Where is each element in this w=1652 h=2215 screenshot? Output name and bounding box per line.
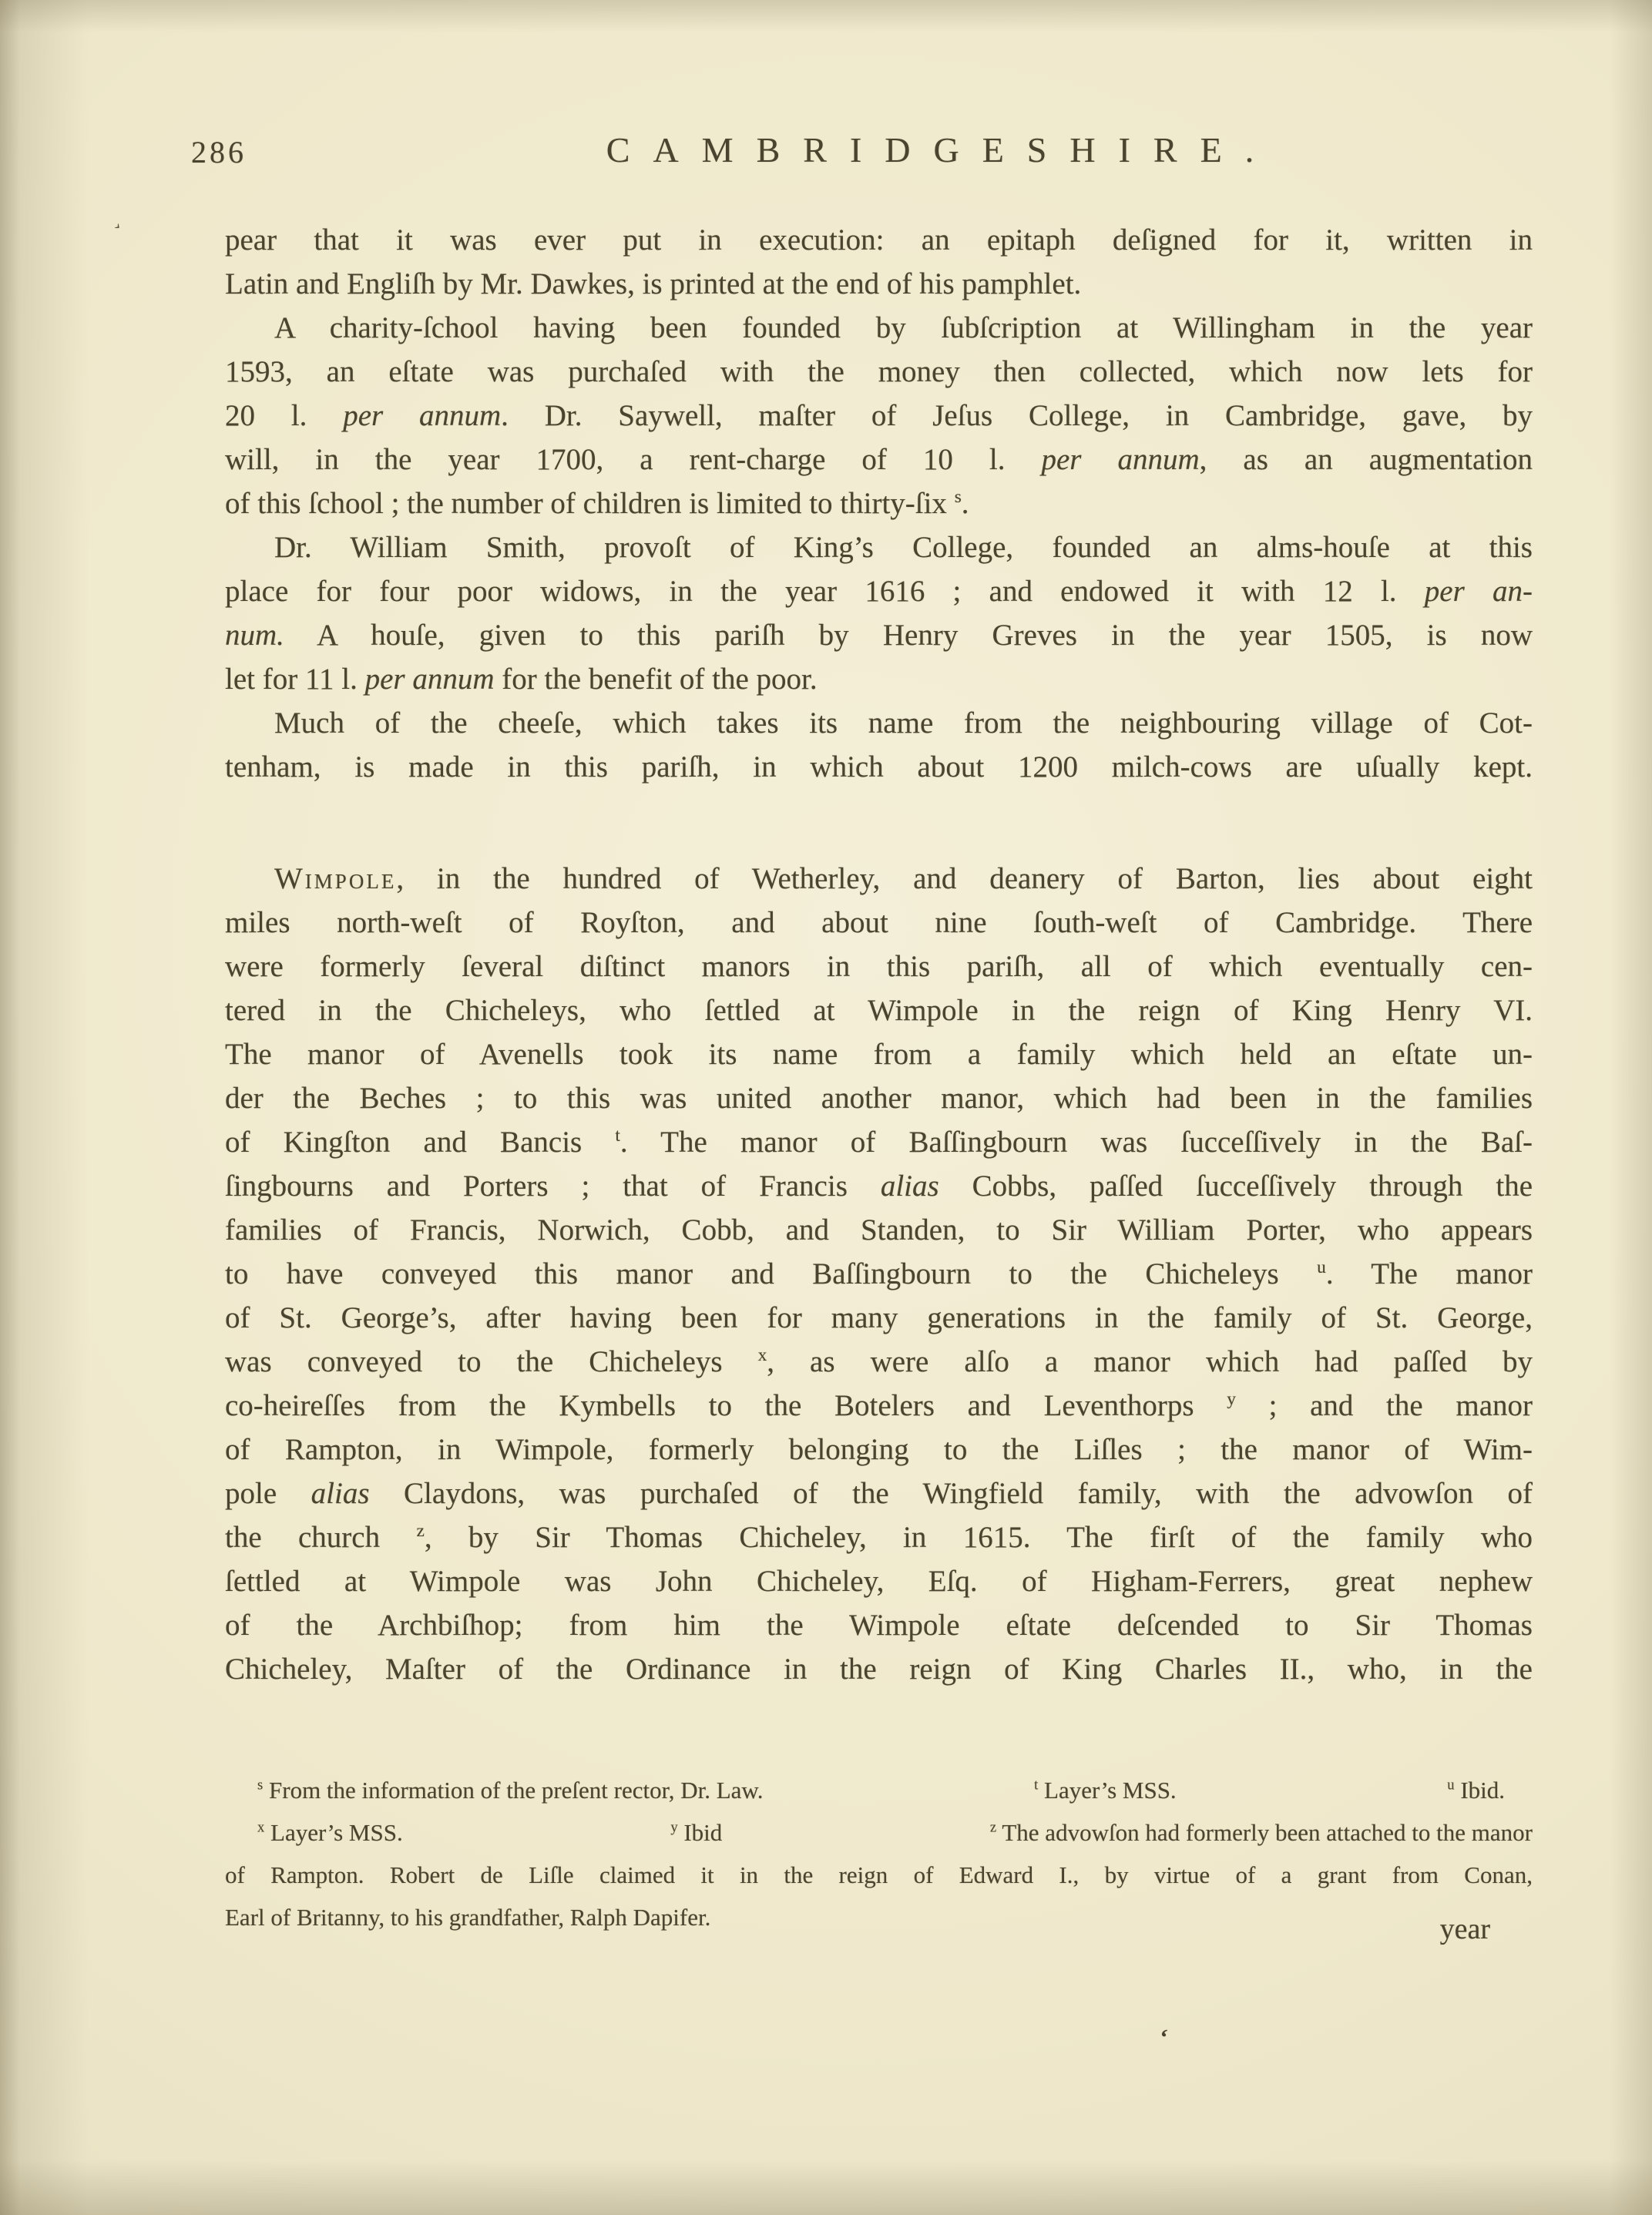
- text-line: families of Francis, Norwich, Cobb, and …: [225, 1208, 1533, 1252]
- text-line: A charity-ſchool having been founded by …: [225, 306, 1533, 350]
- footnote-entry: u Ibid.: [1447, 1769, 1505, 1811]
- text-line: let for 11 l. per annum for the benefit …: [225, 657, 1533, 701]
- text-segment: per an-: [1425, 575, 1533, 608]
- text-segment: of this ſchool ; the number of children …: [225, 487, 955, 520]
- text-segment: 1593, an eſtate was purchaſed with the m…: [225, 355, 1533, 388]
- footnote-marker: u: [1447, 1777, 1454, 1794]
- text-segment: , as an augmentation: [1200, 443, 1533, 476]
- text-segment: let for 11 l.: [225, 663, 365, 696]
- text-segment: Latin and Engliſh by Mr. Dawkes, is prin…: [225, 267, 1081, 300]
- text-segment: Claydons, was purchaſed of the Wingfield…: [370, 1477, 1533, 1510]
- text-line: of Kingſton and Bancis t. The manor of B…: [225, 1120, 1533, 1164]
- text-line: tenham, is made in this pariſh, in which…: [225, 745, 1533, 789]
- text-segment: of the Archbiſhop; from him the Wimpole …: [225, 1609, 1533, 1642]
- text-segment: , by Sir Thomas Chicheley, in 1615. The …: [425, 1521, 1533, 1554]
- text-line: place for four poor widows, in the year …: [225, 569, 1533, 613]
- footnote-row: x Layer’s MSS.y Ibidz The advowſon had f…: [225, 1811, 1533, 1854]
- footnote-entry: z The advowſon had formerly been attache…: [990, 1811, 1533, 1854]
- text-segment: From the information of the preſent rect…: [263, 1777, 763, 1804]
- footnote-marker: z: [990, 1820, 996, 1836]
- footnote-marker: z: [416, 1521, 424, 1541]
- margin-tick-mark: ›: [111, 218, 126, 234]
- text-segment: of Rampton. Robert de Liſle claimed it i…: [225, 1861, 1533, 1888]
- text-segment: , in the hundred of Wetherley, and deane…: [396, 862, 1533, 895]
- footnote-row: s From the information of the preſent re…: [225, 1769, 1533, 1811]
- footnote-row: of Rampton. Robert de Liſle claimed it i…: [225, 1854, 1533, 1896]
- text-segment: to have conveyed this manor and Baſſingb…: [225, 1257, 1317, 1290]
- text-segment: Layer’s MSS.: [264, 1819, 402, 1846]
- footnote-entry: x Layer’s MSS.: [257, 1811, 403, 1854]
- text-segment: A houſe, given to this pariſh by Henry G…: [284, 619, 1533, 652]
- text-line: pear that it was ever put in execution: …: [225, 218, 1533, 262]
- body-text: pear that it was ever put in execution: …: [225, 218, 1533, 1691]
- ink-speck-mark: ʻ: [1158, 2024, 1170, 2051]
- text-line: Latin and Engliſh by Mr. Dawkes, is prin…: [225, 262, 1533, 306]
- text-segment: ſettled at Wimpole was John Chicheley, E…: [225, 1565, 1533, 1598]
- text-segment: Dr. William Smith, provoſt of King’s Col…: [274, 531, 1533, 564]
- text-segment: of Rampton, in Wimpole, formerly belongi…: [225, 1433, 1533, 1466]
- running-title: CAMBRIDGESHIRE.: [606, 129, 1277, 170]
- text-segment: A charity-ſchool having been founded by …: [274, 311, 1533, 344]
- text-line: Chicheley, Maſter of the Ordinance in th…: [225, 1647, 1533, 1691]
- text-segment: were formerly ſeveral diſtinct manors in…: [225, 950, 1533, 983]
- text-line: co-heireſſes from the Kymbells to the Bo…: [225, 1384, 1533, 1428]
- text-segment: Cobbs, paſſed ſucceſſively through the: [939, 1170, 1533, 1203]
- text-line: 1593, an eſtate was purchaſed with the m…: [225, 350, 1533, 394]
- footnote-marker: s: [955, 487, 962, 507]
- text-line: of the Archbiſhop; from him the Wimpole …: [225, 1603, 1533, 1647]
- text-line: num. A houſe, given to this pariſh by He…: [225, 613, 1533, 657]
- text-segment: Layer’s MSS.: [1038, 1777, 1176, 1804]
- text-line: were formerly ſeveral diſtinct manors in…: [225, 945, 1533, 988]
- text-segment: . The manor: [1326, 1257, 1533, 1290]
- text-line: of Rampton, in Wimpole, formerly belongi…: [225, 1428, 1533, 1472]
- text-segment: miles north-weſt of Royſton, and about n…: [225, 906, 1533, 939]
- text-segment: Much of the cheeſe, which takes its name…: [274, 706, 1533, 740]
- text-segment: Ibid.: [1455, 1777, 1505, 1804]
- footnote-marker: x: [257, 1820, 264, 1836]
- text-segment: of Kingſton and Bancis: [225, 1126, 615, 1159]
- text-line: ſettled at Wimpole was John Chicheley, E…: [225, 1559, 1533, 1603]
- page-header: 286 CAMBRIDGESHIRE.: [0, 129, 1652, 176]
- footnote-marker: u: [1317, 1257, 1326, 1277]
- text-line: pole alias Claydons, was purchaſed of th…: [225, 1472, 1533, 1515]
- text-segment: place for four poor widows, in the year …: [225, 575, 1425, 608]
- text-segment: per annum: [1042, 443, 1200, 476]
- text-segment: for the benefit of the poor.: [495, 663, 818, 696]
- text-segment: will, in the year 1700, a rent-charge of…: [225, 443, 1042, 476]
- book-page: 286 CAMBRIDGESHIRE. › pear that it was e…: [0, 0, 1652, 2215]
- text-segment: pear that it was ever put in execution: …: [225, 223, 1533, 257]
- text-segment: of St. George’s, after having been for m…: [225, 1301, 1533, 1334]
- text-line: will, in the year 1700, a rent-charge of…: [225, 438, 1533, 482]
- page-number: 286: [191, 134, 247, 170]
- text-segment: , as were alſo a manor which had paſſed …: [767, 1345, 1533, 1378]
- text-segment: 20 l.: [225, 399, 343, 432]
- text-segment: The manor of Avenells took its name from…: [225, 1038, 1533, 1071]
- text-segment: alias: [881, 1170, 939, 1203]
- text-segment: per annum: [365, 663, 495, 696]
- text-segment: co-heireſſes from the Kymbells to the Bo…: [225, 1389, 1227, 1422]
- footnote-entry: y Ibid: [670, 1811, 722, 1854]
- text-segment: . The manor of Baſſingbourn was ſucceſſi…: [620, 1126, 1533, 1159]
- text-line: 20 l. per annum. Dr. Saywell, maſter of …: [225, 394, 1533, 438]
- text-segment: Ibid: [678, 1819, 723, 1846]
- text-line: der the Beches ; to this was united anot…: [225, 1076, 1533, 1120]
- text-segment: families of Francis, Norwich, Cobb, and …: [225, 1213, 1533, 1247]
- text-segment: Chicheley, Maſter of the Ordinance in th…: [225, 1653, 1533, 1686]
- text-segment: pole: [225, 1477, 311, 1510]
- text-segment: ſingbourns and Porters ; that of Francis: [225, 1170, 881, 1203]
- text-segment: the church: [225, 1521, 416, 1554]
- text-segment: alias: [311, 1477, 370, 1510]
- text-segment: ; and the manor: [1236, 1389, 1533, 1422]
- footnote-entry: t Layer’s MSS.: [1034, 1769, 1177, 1811]
- text-segment: num.: [225, 619, 284, 652]
- text-line: The manor of Avenells took its name from…: [225, 1032, 1533, 1076]
- text-segment: per annum: [343, 399, 501, 432]
- footnote-marker: y: [670, 1820, 677, 1836]
- text-line: Dr. William Smith, provoſt of King’s Col…: [225, 525, 1533, 569]
- text-line: tered in the Chicheleys, who ſettled at …: [225, 988, 1533, 1032]
- footnote-entry: s From the information of the preſent re…: [257, 1769, 764, 1811]
- text-line: of St. George’s, after having been for m…: [225, 1296, 1533, 1340]
- footnote-marker: x: [758, 1345, 767, 1365]
- text-segment: Wimpole: [274, 862, 396, 895]
- text-line: Wimpole, in the hundred of Wetherley, an…: [225, 857, 1533, 901]
- text-line: to have conveyed this manor and Baſſingb…: [225, 1252, 1533, 1296]
- text-segment: . Dr. Saywell, maſter of Jeſus College, …: [501, 399, 1533, 432]
- footnote-marker: y: [1227, 1389, 1236, 1409]
- text-line: of this ſchool ; the number of children …: [225, 482, 1533, 525]
- text-line: was conveyed to the Chicheleys x, as wer…: [225, 1340, 1533, 1384]
- text-segment: tered in the Chicheleys, who ſettled at …: [225, 994, 1533, 1027]
- text-segment: was conveyed to the Chicheleys: [225, 1345, 758, 1378]
- text-line: Much of the cheeſe, which takes its name…: [225, 701, 1533, 745]
- text-segment: The advowſon had formerly been attached …: [996, 1819, 1533, 1846]
- text-segment: der the Beches ; to this was united anot…: [225, 1082, 1533, 1115]
- text-segment: .: [962, 487, 969, 520]
- catchword: year: [225, 1912, 1533, 1946]
- text-line: ſingbourns and Porters ; that of Francis…: [225, 1164, 1533, 1208]
- text-line: miles north-weſt of Royſton, and about n…: [225, 901, 1533, 945]
- text-line: the church z, by Sir Thomas Chicheley, i…: [225, 1515, 1533, 1559]
- text-segment: tenham, is made in this pariſh, in which…: [225, 750, 1533, 784]
